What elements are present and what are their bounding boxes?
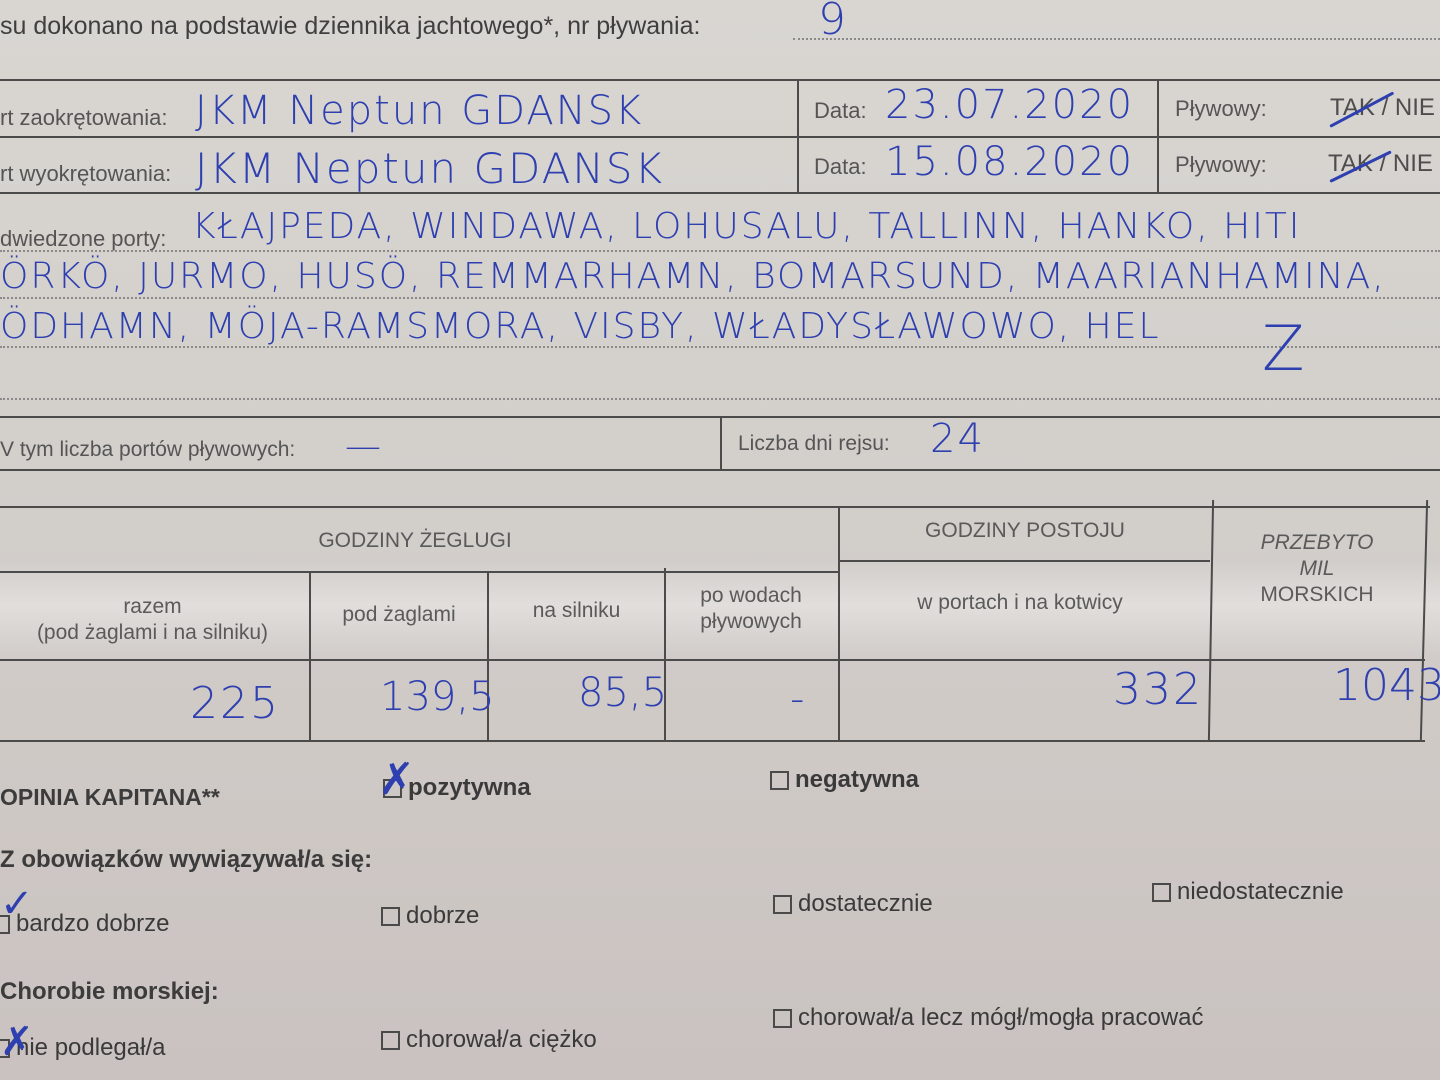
- opinion-negative[interactable]: negatywna: [770, 766, 919, 794]
- col-header-port: w portach i na kotwicy: [840, 590, 1200, 616]
- stay-hours-header: GODZINY POSTOJU: [840, 518, 1210, 544]
- embark-date-value[interactable]: 23.07.2020: [885, 82, 1134, 128]
- checkbox[interactable]: [770, 771, 789, 790]
- grid-line: [309, 571, 311, 741]
- grid-line: [0, 506, 1430, 508]
- closing-mark: Z: [1262, 312, 1306, 385]
- col-header-total: razem (pod żaglami i na silniku): [0, 594, 305, 646]
- tidal-ports-label: V tym liczba portów pływowych:: [0, 438, 295, 462]
- disembark-date-value[interactable]: 15.08.2020: [885, 139, 1134, 185]
- col-header-sail: pod żaglami: [311, 602, 487, 628]
- grid-line: [0, 740, 1425, 742]
- check-mark-icon: ✗: [378, 758, 415, 802]
- value-total[interactable]: 225: [190, 678, 280, 729]
- days-value[interactable]: 24: [930, 416, 985, 462]
- grid-line: [720, 416, 722, 471]
- check-mark-icon: ✗: [0, 1022, 34, 1062]
- checkbox[interactable]: [381, 1031, 400, 1050]
- duty-sufficient[interactable]: dostatecznie: [773, 890, 933, 918]
- checkbox[interactable]: [773, 1009, 792, 1028]
- ports-line-3[interactable]: ÖDHAMN, MÖJA-RAMSMORA, VISBY, WŁADYSŁAWO…: [0, 306, 1161, 347]
- ports-label: dwiedzone porty:: [0, 226, 166, 252]
- voyage-number-line: [793, 38, 1440, 40]
- value-tidal[interactable]: -: [790, 676, 806, 722]
- checkbox[interactable]: [1152, 883, 1171, 902]
- embark-port-label: rt zaokrętowania:: [0, 105, 168, 131]
- value-sail[interactable]: 139,5: [380, 674, 495, 720]
- grid-line: [840, 560, 1210, 562]
- grid-line: [0, 571, 840, 573]
- ruled-line: [0, 398, 1440, 400]
- embark-port-value[interactable]: JKM Neptun GDANSK: [195, 88, 643, 134]
- tidal-ports-value[interactable]: —: [345, 426, 383, 467]
- disembark-date-label: Data:: [814, 154, 867, 180]
- col-header-tidal: po wodach pływowych: [666, 583, 836, 635]
- ports-line-1[interactable]: KŁAJPEDA, WINDAWA, LOHUSALU, TALLINN, HA…: [192, 206, 1301, 247]
- sailing-hours-header: GODZINY ŻEGLUGI: [0, 528, 830, 554]
- seasick-could-work[interactable]: chorował/a lecz mógł/mogła pracować: [773, 1004, 1204, 1032]
- seasick-heavy[interactable]: chorował/a ciężko: [381, 1026, 597, 1054]
- col-header-engine: na silniku: [489, 598, 664, 624]
- value-miles[interactable]: 1043: [1333, 660, 1440, 711]
- check-mark-icon: ✓: [0, 884, 34, 924]
- checkbox[interactable]: [773, 895, 792, 914]
- miles-header: PRZEBYTO MIL MORSKICH: [1212, 530, 1422, 608]
- seasickness-label: Chorobie morskiej:: [0, 978, 219, 1006]
- ruled-line: [0, 250, 1440, 252]
- embark-tidal-label: Pływowy:: [1175, 96, 1267, 122]
- ports-line-2[interactable]: ÖRKÖ, JURMO, HUSÖ, REMMARHAMN, BOMARSUND…: [0, 256, 1386, 297]
- tidal-no[interactable]: NIE: [1395, 94, 1435, 121]
- grid-line: [1157, 79, 1159, 194]
- voyage-number[interactable]: 9: [818, 0, 848, 45]
- grid-line: [0, 136, 1440, 138]
- disembark-port-value[interactable]: JKM Neptun GDANSK: [195, 144, 664, 193]
- opinion-label: OPINIA KAPITANA**: [0, 784, 220, 811]
- grid-line: [797, 79, 799, 194]
- checkbox[interactable]: [381, 907, 400, 926]
- value-engine[interactable]: 85,5: [578, 670, 667, 716]
- grid-line: [0, 79, 1440, 81]
- duty-insufficient[interactable]: niedostatecznie: [1152, 878, 1344, 906]
- tidal-no[interactable]: NIE: [1393, 150, 1433, 177]
- embark-date-label: Data:: [814, 98, 867, 124]
- duty-good[interactable]: dobrze: [381, 902, 479, 930]
- duties-label: Z obowiązków wywiązywał/a się:: [0, 846, 372, 874]
- intro-text: su dokonano na podstawie dziennika jacht…: [0, 12, 700, 41]
- disembark-port-label: rt wyokrętowania:: [0, 161, 171, 187]
- ruled-line: [0, 297, 1440, 299]
- days-label: Liczba dni rejsu:: [738, 432, 890, 456]
- disembark-tidal-label: Pływowy:: [1175, 152, 1267, 178]
- value-port[interactable]: 332: [1113, 664, 1203, 715]
